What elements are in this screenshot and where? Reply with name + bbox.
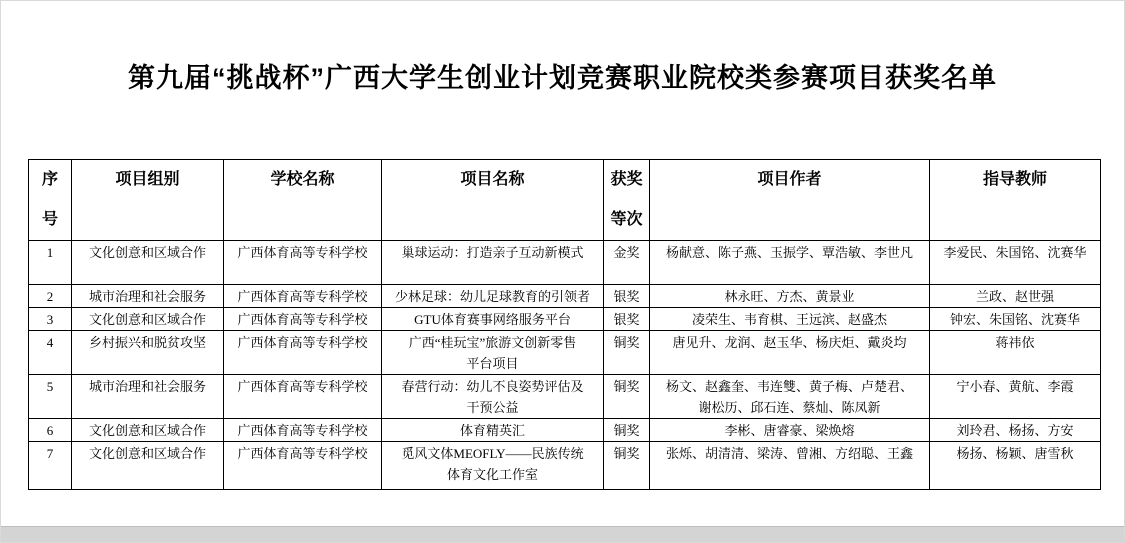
cell-teachers: 宁小春、黄航、李霞	[930, 375, 1101, 419]
col-header-no: 序 号	[29, 160, 72, 241]
cell-authors: 唐见升、龙润、赵玉华、杨庆炬、戴炎均	[650, 331, 930, 375]
cell-no: 2	[29, 285, 72, 308]
cell-authors: 杨文、赵鑫奎、韦连雙、黄子梅、卢楚君、 谢松历、邱石连、蔡灿、陈凤新	[650, 375, 930, 419]
cell-group: 乡村振兴和脱贫攻坚	[72, 331, 224, 375]
cell-teachers: 刘玲君、杨扬、方安	[930, 419, 1101, 442]
col-header-authors: 项目作者	[650, 160, 930, 241]
col-header-school: 学校名称	[224, 160, 382, 241]
cell-group: 文化创意和区域合作	[72, 241, 224, 285]
cell-group: 文化创意和区域合作	[72, 308, 224, 331]
window-bottom-edge	[1, 526, 1124, 542]
cell-award: 铜奖	[604, 442, 650, 490]
cell-authors: 杨献意、陈子燕、玉振学、覃浩敏、李世凡	[650, 241, 930, 285]
cell-no: 5	[29, 375, 72, 419]
cell-award: 金奖	[604, 241, 650, 285]
table-row: 7 文化创意和区域合作 广西体育高等专科学校 觅风文体MEOFLY——民族传统 …	[29, 442, 1101, 490]
cell-authors: 凌荣生、韦育棋、王远滨、赵盛杰	[650, 308, 930, 331]
document-page: 第九届“挑战杯”广西大学生创业计划竞赛职业院校类参赛项目获奖名单 序 号 项目组…	[0, 0, 1125, 543]
cell-no: 7	[29, 442, 72, 490]
cell-school: 广西体育高等专科学校	[224, 308, 382, 331]
cell-authors: 李彬、唐睿豪、梁焕熔	[650, 419, 930, 442]
table-row: 3 文化创意和区域合作 广西体育高等专科学校 GTU体育赛事网络服务平台 银奖 …	[29, 308, 1101, 331]
cell-group: 城市治理和社会服务	[72, 285, 224, 308]
cell-school: 广西体育高等专科学校	[224, 331, 382, 375]
table-row: 6 文化创意和区域合作 广西体育高等专科学校 体育精英汇 铜奖 李彬、唐睿豪、梁…	[29, 419, 1101, 442]
cell-teachers: 钟宏、朱国铭、沈赛华	[930, 308, 1101, 331]
cell-project: 春营行动：幼儿不良姿势评估及 干预公益	[382, 375, 604, 419]
table-row: 2 城市治理和社会服务 广西体育高等专科学校 少林足球：幼儿足球教育的引领者 银…	[29, 285, 1101, 308]
table-row: 4 乡村振兴和脱贫攻坚 广西体育高等专科学校 广西“桂玩宝”旅游文创新零售 平台…	[29, 331, 1101, 375]
cell-authors: 张烁、胡清清、梁涛、曾湘、方绍聪、王鑫	[650, 442, 930, 490]
cell-award: 铜奖	[604, 419, 650, 442]
cell-award: 银奖	[604, 308, 650, 331]
cell-no: 4	[29, 331, 72, 375]
cell-school: 广西体育高等专科学校	[224, 241, 382, 285]
cell-project: GTU体育赛事网络服务平台	[382, 308, 604, 331]
cell-project: 体育精英汇	[382, 419, 604, 442]
col-header-group: 项目组别	[72, 160, 224, 241]
cell-group: 文化创意和区域合作	[72, 442, 224, 490]
cell-school: 广西体育高等专科学校	[224, 285, 382, 308]
cell-award: 铜奖	[604, 375, 650, 419]
cell-teachers: 兰政、赵世强	[930, 285, 1101, 308]
cell-award: 铜奖	[604, 331, 650, 375]
cell-project: 巢球运动：打造亲子互动新模式	[382, 241, 604, 285]
col-header-project: 项目名称	[382, 160, 604, 241]
page-title: 第九届“挑战杯”广西大学生创业计划竞赛职业院校类参赛项目获奖名单	[1, 56, 1124, 95]
cell-school: 广西体育高等专科学校	[224, 375, 382, 419]
table-row: 5 城市治理和社会服务 广西体育高等专科学校 春营行动：幼儿不良姿势评估及 干预…	[29, 375, 1101, 419]
awards-table: 序 号 项目组别 学校名称 项目名称 获奖 等次 项目作者 指导教师 1 文化创…	[28, 159, 1101, 490]
cell-project: 觅风文体MEOFLY——民族传统 体育文化工作室	[382, 442, 604, 490]
cell-group: 文化创意和区域合作	[72, 419, 224, 442]
cell-group: 城市治理和社会服务	[72, 375, 224, 419]
cell-no: 6	[29, 419, 72, 442]
cell-teachers: 李爱民、朱国铭、沈赛华	[930, 241, 1101, 285]
cell-no: 1	[29, 241, 72, 285]
cell-award: 银奖	[604, 285, 650, 308]
cell-school: 广西体育高等专科学校	[224, 419, 382, 442]
table-row: 1 文化创意和区域合作 广西体育高等专科学校 巢球运动：打造亲子互动新模式 金奖…	[29, 241, 1101, 285]
col-header-award: 获奖 等次	[604, 160, 650, 241]
cell-teachers: 杨扬、杨颖、唐雪秋	[930, 442, 1101, 490]
cell-project: 广西“桂玩宝”旅游文创新零售 平台项目	[382, 331, 604, 375]
col-header-teachers: 指导教师	[930, 160, 1101, 241]
cell-project: 少林足球：幼儿足球教育的引领者	[382, 285, 604, 308]
cell-authors: 林永旺、方杰、黄景业	[650, 285, 930, 308]
cell-no: 3	[29, 308, 72, 331]
cell-teachers: 蒋祎依	[930, 331, 1101, 375]
cell-school: 广西体育高等专科学校	[224, 442, 382, 490]
table-header-row: 序 号 项目组别 学校名称 项目名称 获奖 等次 项目作者 指导教师	[29, 160, 1101, 241]
